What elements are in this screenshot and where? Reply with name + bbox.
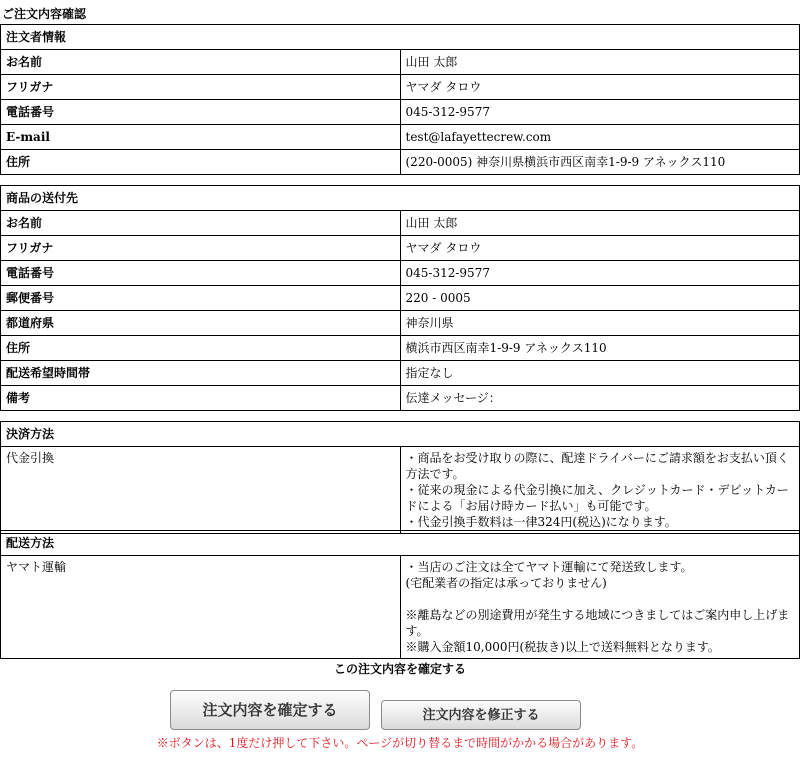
confirm-order-button[interactable]: 注文内容を確定する: [170, 690, 370, 730]
field-value-phone: 045-312-9577: [400, 100, 800, 125]
section-header-shipping: 商品の送付先: [1, 186, 800, 211]
section-header-orderer: 注文者情報: [1, 25, 800, 50]
submit-warning: ※ボタンは、1度だけ押して下さい。ページが切り替るまで時間がかかる場合があります…: [0, 734, 800, 751]
field-value-address: (220-0005) 神奈川県横浜市西区南幸1-9-9 アネックス110: [400, 150, 800, 175]
modify-order-button[interactable]: 注文内容を修正する: [381, 700, 581, 730]
section-header-payment: 決済方法: [1, 422, 800, 447]
confirm-caption: この注文内容を確定する: [0, 660, 800, 677]
payment-method-label: 代金引換: [1, 447, 401, 534]
table-row: 都道府県 神奈川県: [1, 311, 800, 336]
field-value-furigana: ヤマダ タロウ: [400, 75, 800, 100]
field-label: お名前: [1, 50, 401, 75]
table-row: 電話番号 045-312-9577: [1, 100, 800, 125]
shipping-destination-table: 商品の送付先 お名前 山田 太郎 フリガナ ヤマダ タロウ 電話番号 045-3…: [0, 185, 800, 411]
field-value-address: 横浜市西区南幸1-9-9 アネックス110: [400, 336, 800, 361]
field-label: E-mail: [1, 125, 401, 150]
delivery-method-label: ヤマト運輸: [1, 556, 401, 659]
field-label: 配送希望時間帯: [1, 361, 401, 386]
description-line: ・従来の現金による代金引換に加え、クレジットカード・デビットカードによる「お届け…: [406, 482, 795, 514]
table-row: 住所 (220-0005) 神奈川県横浜市西区南幸1-9-9 アネックス110: [1, 150, 800, 175]
section-header-delivery: 配送方法: [1, 531, 800, 556]
field-value-name: 山田 太郎: [400, 50, 800, 75]
field-label: 住所: [1, 150, 401, 175]
table-row: 配送希望時間帯 指定なし: [1, 361, 800, 386]
table-row: フリガナ ヤマダ タロウ: [1, 236, 800, 261]
delivery-method-table: 配送方法 ヤマト運輸 ・当店のご注文は全てヤマト運輸にて発送致します。 (宅配業…: [0, 530, 800, 659]
page-title: ご注文内容確認: [2, 5, 86, 22]
field-label: フリガナ: [1, 75, 401, 100]
table-row: フリガナ ヤマダ タロウ: [1, 75, 800, 100]
field-label: 住所: [1, 336, 401, 361]
field-value-phone: 045-312-9577: [400, 261, 800, 286]
field-value-email: test@lafayettecrew.com: [400, 125, 800, 150]
description-line: ※離島などの別途費用が発生する地域につきましてはご案内申し上げます。: [406, 607, 795, 639]
table-row: 代金引換 ・商品をお受け取りの際に、配達ドライバーにご請求額をお支払い頂く方法で…: [1, 447, 800, 534]
table-row: E-mail test@lafayettecrew.com: [1, 125, 800, 150]
table-row: お名前 山田 太郎: [1, 211, 800, 236]
description-line: ・商品をお受け取りの際に、配達ドライバーにご請求額をお支払い頂く方法です。: [406, 450, 795, 482]
description-line: ・代金引換手数料は一律324円(税込)になります。: [406, 514, 795, 530]
table-row: お名前 山田 太郎: [1, 50, 800, 75]
table-row: 備考 伝達メッセージ：: [1, 386, 800, 411]
description-line: ・当店のご注文は全てヤマト運輸にて発送致します。: [406, 559, 795, 575]
field-label: 郵便番号: [1, 286, 401, 311]
description-line: (宅配業者の指定は承っておりません): [406, 575, 795, 591]
field-value-furigana: ヤマダ タロウ: [400, 236, 800, 261]
payment-method-table: 決済方法 代金引換 ・商品をお受け取りの際に、配達ドライバーにご請求額をお支払い…: [0, 421, 800, 534]
field-label: フリガナ: [1, 236, 401, 261]
payment-method-description: ・商品をお受け取りの際に、配達ドライバーにご請求額をお支払い頂く方法です。 ・従…: [400, 447, 800, 534]
field-value-prefecture: 神奈川県: [400, 311, 800, 336]
field-label: 備考: [1, 386, 401, 411]
field-label: お名前: [1, 211, 401, 236]
table-row: 郵便番号 220 - 0005: [1, 286, 800, 311]
table-row: 住所 横浜市西区南幸1-9-9 アネックス110: [1, 336, 800, 361]
table-row: ヤマト運輸 ・当店のご注文は全てヤマト運輸にて発送致します。 (宅配業者の指定は…: [1, 556, 800, 659]
field-value-delivery-time: 指定なし: [400, 361, 800, 386]
field-value-notes: 伝達メッセージ：: [400, 386, 800, 411]
description-line: ※購入金額10,000円(税抜き)以上で送料無料となります。: [406, 639, 795, 655]
orderer-info-table: 注文者情報 お名前 山田 太郎 フリガナ ヤマダ タロウ 電話番号 045-31…: [0, 24, 800, 175]
field-label: 電話番号: [1, 261, 401, 286]
description-line: [406, 591, 795, 607]
table-row: 電話番号 045-312-9577: [1, 261, 800, 286]
field-label: 都道府県: [1, 311, 401, 336]
field-label: 電話番号: [1, 100, 401, 125]
field-value-postal-code: 220 - 0005: [400, 286, 800, 311]
field-value-name: 山田 太郎: [400, 211, 800, 236]
delivery-method-description: ・当店のご注文は全てヤマト運輸にて発送致します。 (宅配業者の指定は承っておりま…: [400, 556, 800, 659]
